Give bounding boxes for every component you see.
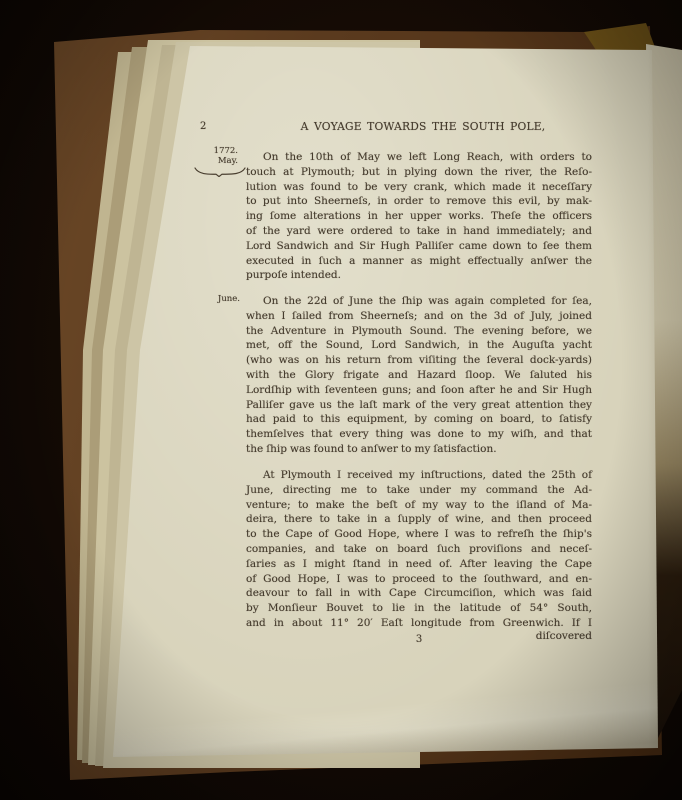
margin-note-date: 1772. May. <box>192 146 248 177</box>
text-line: ſaries as I might ſtand in need of. Afte… <box>246 557 592 572</box>
text-line: companies, and take on board ſuch proviſ… <box>246 542 592 557</box>
page-number: 2 <box>200 121 206 132</box>
text-line: the Adventure in Plymouth Sound. The eve… <box>246 324 592 339</box>
text-line: deavour to fall in with Cape Circumciſio… <box>246 586 592 601</box>
paragraph: At Plymouth I received my inſtructions, … <box>246 468 592 631</box>
text-line: ing ſome alterations in her upper works.… <box>246 209 592 224</box>
text-line: to the Cape of Good Hope, where I was to… <box>246 527 592 542</box>
signature-mark: 3 <box>246 634 592 645</box>
paragraph: On the 22d of June the ſhip was again co… <box>246 294 592 457</box>
text-line: Lord Sandwich and Sir Hugh Palliſer came… <box>246 239 592 254</box>
text-line: when I ſailed from Sheerneſs; and on the… <box>246 309 592 324</box>
margin-note-month: May. <box>192 156 248 166</box>
text-line: lution was found to be very crank, which… <box>246 180 592 195</box>
text-line: the ſhip was found to anſwer to my ſatis… <box>246 442 592 457</box>
text-line: deira, there to take in a ſupply of wine… <box>246 512 592 527</box>
date-brace-icon <box>194 167 246 177</box>
running-title: A VOYAGE TOWARDS THE SOUTH POLE, <box>262 119 584 133</box>
text-line: of Good Hope, I was to proceed to the ſo… <box>246 572 592 587</box>
text-line: touch at Plymouth; but in plying down th… <box>246 165 592 180</box>
paragraph: On the 10th of May we left Long Reach, w… <box>246 150 592 283</box>
text-line: to put into Sheerneſs, in order to remov… <box>246 194 592 209</box>
text-line: themſelves that every thing was done to … <box>246 427 592 442</box>
margin-note-year: 1772. <box>192 146 248 156</box>
text-line: and in about 11° 20′ Eaſt longitude from… <box>246 616 592 631</box>
text-line: venture; to make the beſt of my way to t… <box>246 498 592 513</box>
text-line: executed in ſuch a manner as might effec… <box>246 254 592 269</box>
margin-note-date: June. <box>192 294 248 304</box>
text-line: June, directing me to take under my comm… <box>246 483 592 498</box>
text-line: purpoſe intended. <box>246 268 592 283</box>
text-line: met, off the Sound, Lord Sandwich, in th… <box>246 338 592 353</box>
text-line: Lordſhip with ſeventeen guns; and ſoon a… <box>246 383 592 398</box>
text-line: had paid to this equipment, by coming on… <box>246 412 592 427</box>
text-line: At Plymouth I received my inſtructions, … <box>246 468 592 483</box>
text-line: of the yard were ordered to take in hand… <box>246 224 592 239</box>
text-line: On the 22d of June the ſhip was again co… <box>246 294 592 309</box>
text-line: with the Glory frigate and Hazard ſloop.… <box>246 368 592 383</box>
book-photo-scan: 2 A VOYAGE TOWARDS THE SOUTH POLE, 1772.… <box>0 0 682 800</box>
text-line: On the 10th of May we left Long Reach, w… <box>246 150 592 165</box>
text-line: Palliſer gave us the laſt mark of the ve… <box>246 398 592 413</box>
margin-note-month: June. <box>192 294 248 304</box>
text-line: by Monſieur Bouvet to lie in the latitud… <box>246 601 592 616</box>
text-line: (who was on his return from viſiting the… <box>246 353 592 368</box>
